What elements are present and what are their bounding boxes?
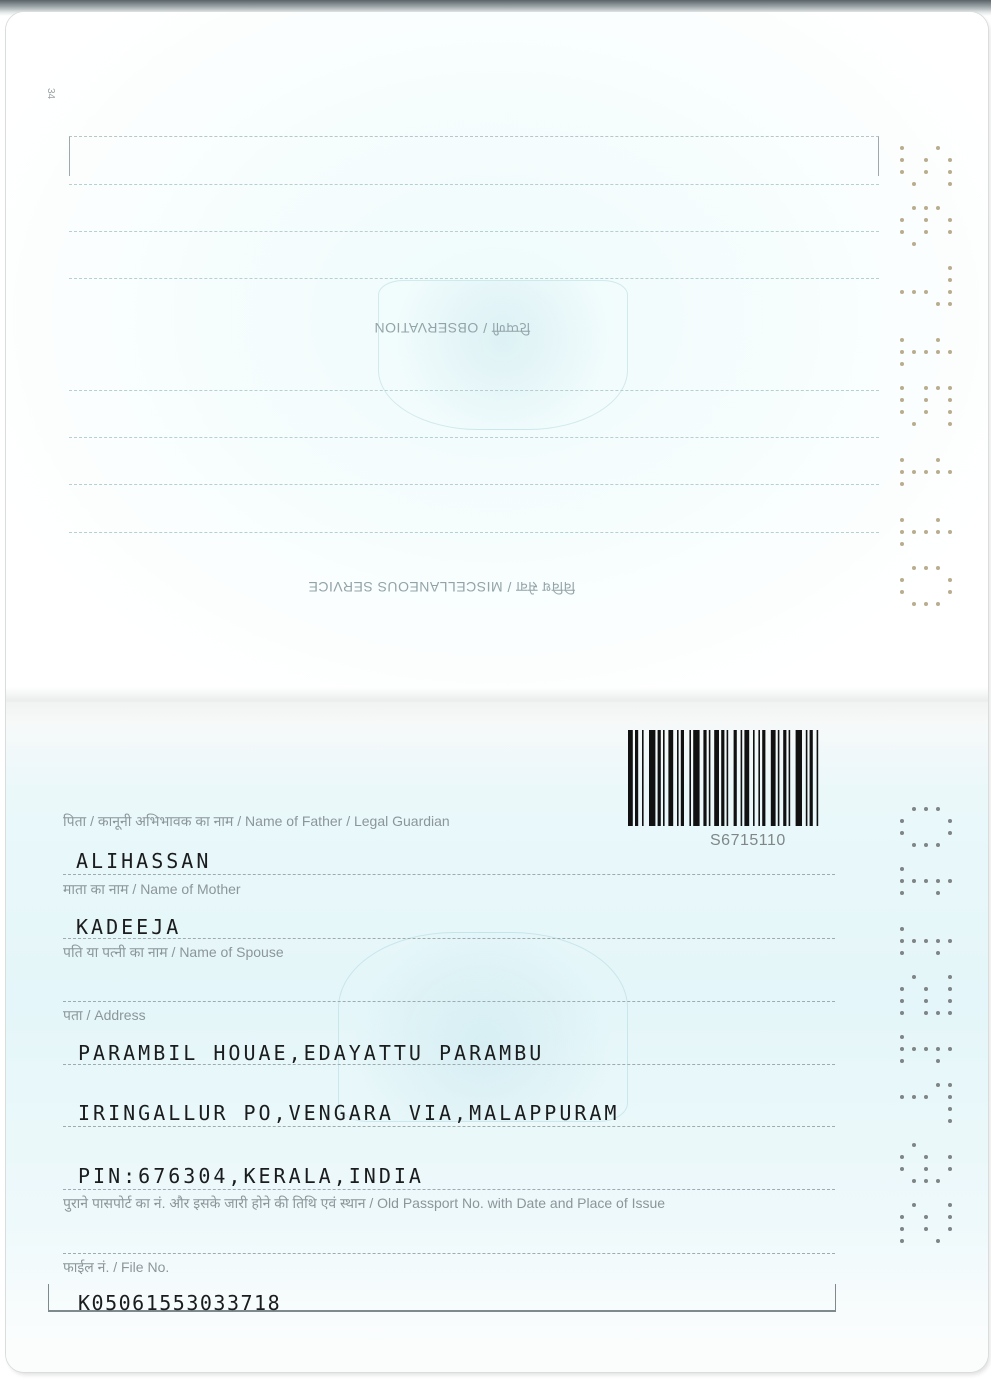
perforation-dot: [924, 987, 928, 991]
perforation-dot: [924, 1095, 928, 1099]
address-label: पता / Address: [63, 1006, 146, 1025]
perforation-dot: [924, 879, 928, 883]
perforation-dot: [924, 470, 928, 474]
perforation-dot: [936, 1047, 940, 1051]
field-rule: [63, 1064, 835, 1065]
perforation-dot: [900, 458, 904, 462]
perforation-dot: [948, 1011, 952, 1015]
ruled-line: [69, 484, 879, 485]
perforation-dot: [948, 879, 952, 883]
perforation-dot: [936, 302, 940, 306]
perforation-dot: [912, 350, 916, 354]
perforation-dot: [948, 987, 952, 991]
perforation-dot: [948, 422, 952, 426]
perforation-dot: [900, 1215, 904, 1219]
perforation-dot: [936, 458, 940, 462]
old-passport-label: पुराने पासपोर्ट का नं. और इसके जारी होने…: [63, 1194, 665, 1213]
father-name-label: पिता / कानूनी अभिभावक का नाम / Name of F…: [63, 812, 450, 831]
national-emblem-watermark: [378, 280, 628, 430]
perforation-dot: [900, 146, 904, 150]
passport-spread: 34 टिप्पणी / OBSERVATION विविध सेवा / MI…: [6, 12, 988, 1372]
perforation-dot: [900, 230, 904, 234]
perforation-dot: [948, 1119, 952, 1123]
perforation-dot: [924, 170, 928, 174]
perforation-dot: [900, 1239, 904, 1243]
perforation-dot: [900, 1047, 904, 1051]
perforation-dot: [924, 843, 928, 847]
perforation-dot: [900, 1095, 904, 1099]
ruled-line: [69, 184, 879, 185]
perforation-dot: [936, 807, 940, 811]
perforation-dot: [900, 1155, 904, 1159]
perforation-dot: [948, 1215, 952, 1219]
perforation-dot: [912, 206, 916, 210]
address-line-2: IRINGALLUR PO,VENGARA VIA,MALAPPURAM: [78, 1101, 619, 1125]
perforation-dot: [900, 590, 904, 594]
perforation-dot: [900, 290, 904, 294]
barcode-number: S6715110: [710, 832, 786, 850]
perforation-dot: [900, 350, 904, 354]
perforation-dot: [936, 1239, 940, 1243]
perforation-dot: [948, 530, 952, 534]
perforation-dot: [924, 1011, 928, 1015]
mother-name-label: माता का नाम / Name of Mother: [63, 880, 241, 899]
barcode: [622, 724, 898, 832]
perforation-dot: [948, 831, 952, 835]
perforation-dot: [948, 975, 952, 979]
perforation-dot: [948, 302, 952, 306]
perforation-dot: [924, 1215, 928, 1219]
perforation-dot: [948, 578, 952, 582]
perforation-dot: [948, 182, 952, 186]
field-rule: [63, 1126, 835, 1127]
perforation-dot: [900, 987, 904, 991]
field-rule: [63, 1189, 835, 1190]
file-number-value: K05061553033718: [78, 1291, 281, 1315]
upper-page-observation: 34 टिप्पणी / OBSERVATION विविध सेवा / MI…: [6, 12, 988, 690]
perforation-dot: [936, 206, 940, 210]
perforation-dot: [912, 939, 916, 943]
perforation-dot: [936, 518, 940, 522]
perforation-dot: [936, 470, 940, 474]
perforation-dot: [900, 1167, 904, 1171]
perforation-dot: [924, 999, 928, 1003]
perforation-dot: [912, 1047, 916, 1051]
perforation-dot: [924, 1179, 928, 1183]
perforation-dot: [900, 158, 904, 162]
father-name-value: ALIHASSAN: [76, 849, 211, 873]
spouse-name-label: पति या पत्नी का नाम / Name of Spouse: [63, 943, 284, 962]
perforation-dot: [900, 542, 904, 546]
page-number: 34: [45, 88, 56, 99]
perforation-dot: [948, 1155, 952, 1159]
perforation-dot: [900, 1227, 904, 1231]
field-rule: [63, 874, 835, 875]
perforation-dot: [924, 290, 928, 294]
address-line-3: PIN:676304,KERALA,INDIA: [78, 1164, 424, 1188]
perforation-dot: [948, 819, 952, 823]
perforation-dot: [912, 1143, 916, 1147]
perforation-dot: [912, 1203, 916, 1207]
perforation-dot: [900, 1011, 904, 1015]
perforation-dot: [924, 398, 928, 402]
perforation-dot: [924, 530, 928, 534]
perforation-dot: [948, 266, 952, 270]
perforation-dot: [948, 218, 952, 222]
perforation-dot: [912, 530, 916, 534]
perforation-dot: [900, 891, 904, 895]
perforation-dot: [948, 1227, 952, 1231]
perforation-dot: [900, 410, 904, 414]
lower-page-personal-details: S6715110 पिता / कानूनी अभिभावक का नाम / …: [6, 702, 988, 1372]
perforation-dot: [912, 879, 916, 883]
field-rule: [63, 1001, 835, 1002]
perforation-dot: [936, 566, 940, 570]
perforation-dot: [924, 1167, 928, 1171]
perforation-dot: [912, 602, 916, 606]
perforation-dot: [936, 338, 940, 342]
perforation-dot: [924, 386, 928, 390]
perforation-dot: [936, 879, 940, 883]
perforation-dot: [900, 470, 904, 474]
national-emblem-watermark: [338, 932, 628, 1122]
perforation-dot: [948, 939, 952, 943]
ruled-line: [69, 231, 879, 232]
perforation-dot: [948, 999, 952, 1003]
perforation-dot: [924, 602, 928, 606]
perforation-dot: [948, 1167, 952, 1171]
observation-entry-box: [69, 136, 879, 176]
perforation-dot: [948, 1107, 952, 1111]
perforation-dot: [936, 1083, 940, 1087]
perforation-dot: [900, 578, 904, 582]
perforation-dot: [900, 1035, 904, 1039]
ruled-line: [69, 278, 879, 279]
perforation-dot: [912, 1179, 916, 1183]
perforation-dot: [948, 386, 952, 390]
field-rule: [63, 1253, 835, 1254]
perforation-dot: [948, 590, 952, 594]
perforation-dot: [900, 951, 904, 955]
ruled-line: [69, 390, 879, 391]
perforation-dot: [912, 470, 916, 474]
perforation-dot: [900, 1059, 904, 1063]
perforation-dot: [948, 1095, 952, 1099]
perforation-dot: [936, 602, 940, 606]
perforation-dot: [900, 867, 904, 871]
field-rule: [63, 938, 835, 939]
perforation-dot: [936, 146, 940, 150]
perforation-dot: [900, 518, 904, 522]
ruled-line: [69, 532, 879, 533]
perforation-dot: [900, 170, 904, 174]
miscellaneous-service-heading: विविध सेवा / MISCELLANEOUS SERVICE: [308, 577, 575, 596]
perforation-dot: [924, 158, 928, 162]
perforation-dot: [900, 218, 904, 222]
perforation-dot: [912, 242, 916, 246]
perforation-dot: [948, 290, 952, 294]
perforation-dot: [936, 843, 940, 847]
perforation-dot: [912, 182, 916, 186]
perforation-dot: [948, 398, 952, 402]
perforation-dot: [924, 350, 928, 354]
perforation-dot: [924, 1227, 928, 1231]
perforation-dot: [900, 999, 904, 1003]
perforation-dot: [900, 362, 904, 366]
perforation-dot: [924, 1047, 928, 1051]
perforation-dot: [900, 530, 904, 534]
perforation-dot: [936, 939, 940, 943]
address-line-1: PARAMBIL HOUAE,EDAYATTU PARAMBU: [78, 1041, 544, 1065]
perforation-dot: [924, 939, 928, 943]
perforation-dot: [948, 1047, 952, 1051]
perforation-dot: [948, 230, 952, 234]
perforation-dot: [936, 386, 940, 390]
perforation-dot: [912, 975, 916, 979]
mother-name-value: KADEEJA: [76, 915, 181, 939]
perforation-dot: [900, 831, 904, 835]
perforation-dot: [900, 927, 904, 931]
perforation-dot: [948, 1083, 952, 1087]
perforation-dot: [900, 398, 904, 402]
perforation-dot: [912, 566, 916, 570]
perforation-dot: [912, 807, 916, 811]
perforation-dot: [912, 422, 916, 426]
perforation-dot: [912, 290, 916, 294]
perforation-dot: [948, 278, 952, 282]
perforation-dot: [948, 350, 952, 354]
file-number-label: फाईल नं. / File No.: [63, 1258, 169, 1277]
perforation-dot: [948, 170, 952, 174]
perforation-dot: [948, 470, 952, 474]
perforation-dot: [924, 1155, 928, 1159]
perforation-dot: [900, 482, 904, 486]
perforation-dot: [900, 879, 904, 883]
perforation-dot: [936, 1011, 940, 1015]
perforation-dot: [924, 218, 928, 222]
perforation-dot: [924, 566, 928, 570]
perforation-dot: [900, 338, 904, 342]
observation-heading: टिप्पणी / OBSERVATION: [374, 318, 530, 337]
perforation-dot: [900, 819, 904, 823]
perforation-dot: [924, 410, 928, 414]
perforation-dot: [912, 1095, 916, 1099]
perforation-dot: [924, 807, 928, 811]
perforation-dot: [924, 206, 928, 210]
perforation-dot: [900, 939, 904, 943]
perforation-dot: [924, 230, 928, 234]
ruled-line: [69, 437, 879, 438]
perforation-dot: [936, 1179, 940, 1183]
perforation-dot: [912, 843, 916, 847]
perforation-dot: [900, 386, 904, 390]
perforation-dot: [948, 1203, 952, 1207]
perforation-dot: [936, 1059, 940, 1063]
perforation-dot: [948, 410, 952, 414]
perforation-dot: [948, 158, 952, 162]
perforation-dot: [936, 530, 940, 534]
perforation-dot: [936, 951, 940, 955]
perforation-dot: [936, 891, 940, 895]
perforation-dot: [936, 350, 940, 354]
